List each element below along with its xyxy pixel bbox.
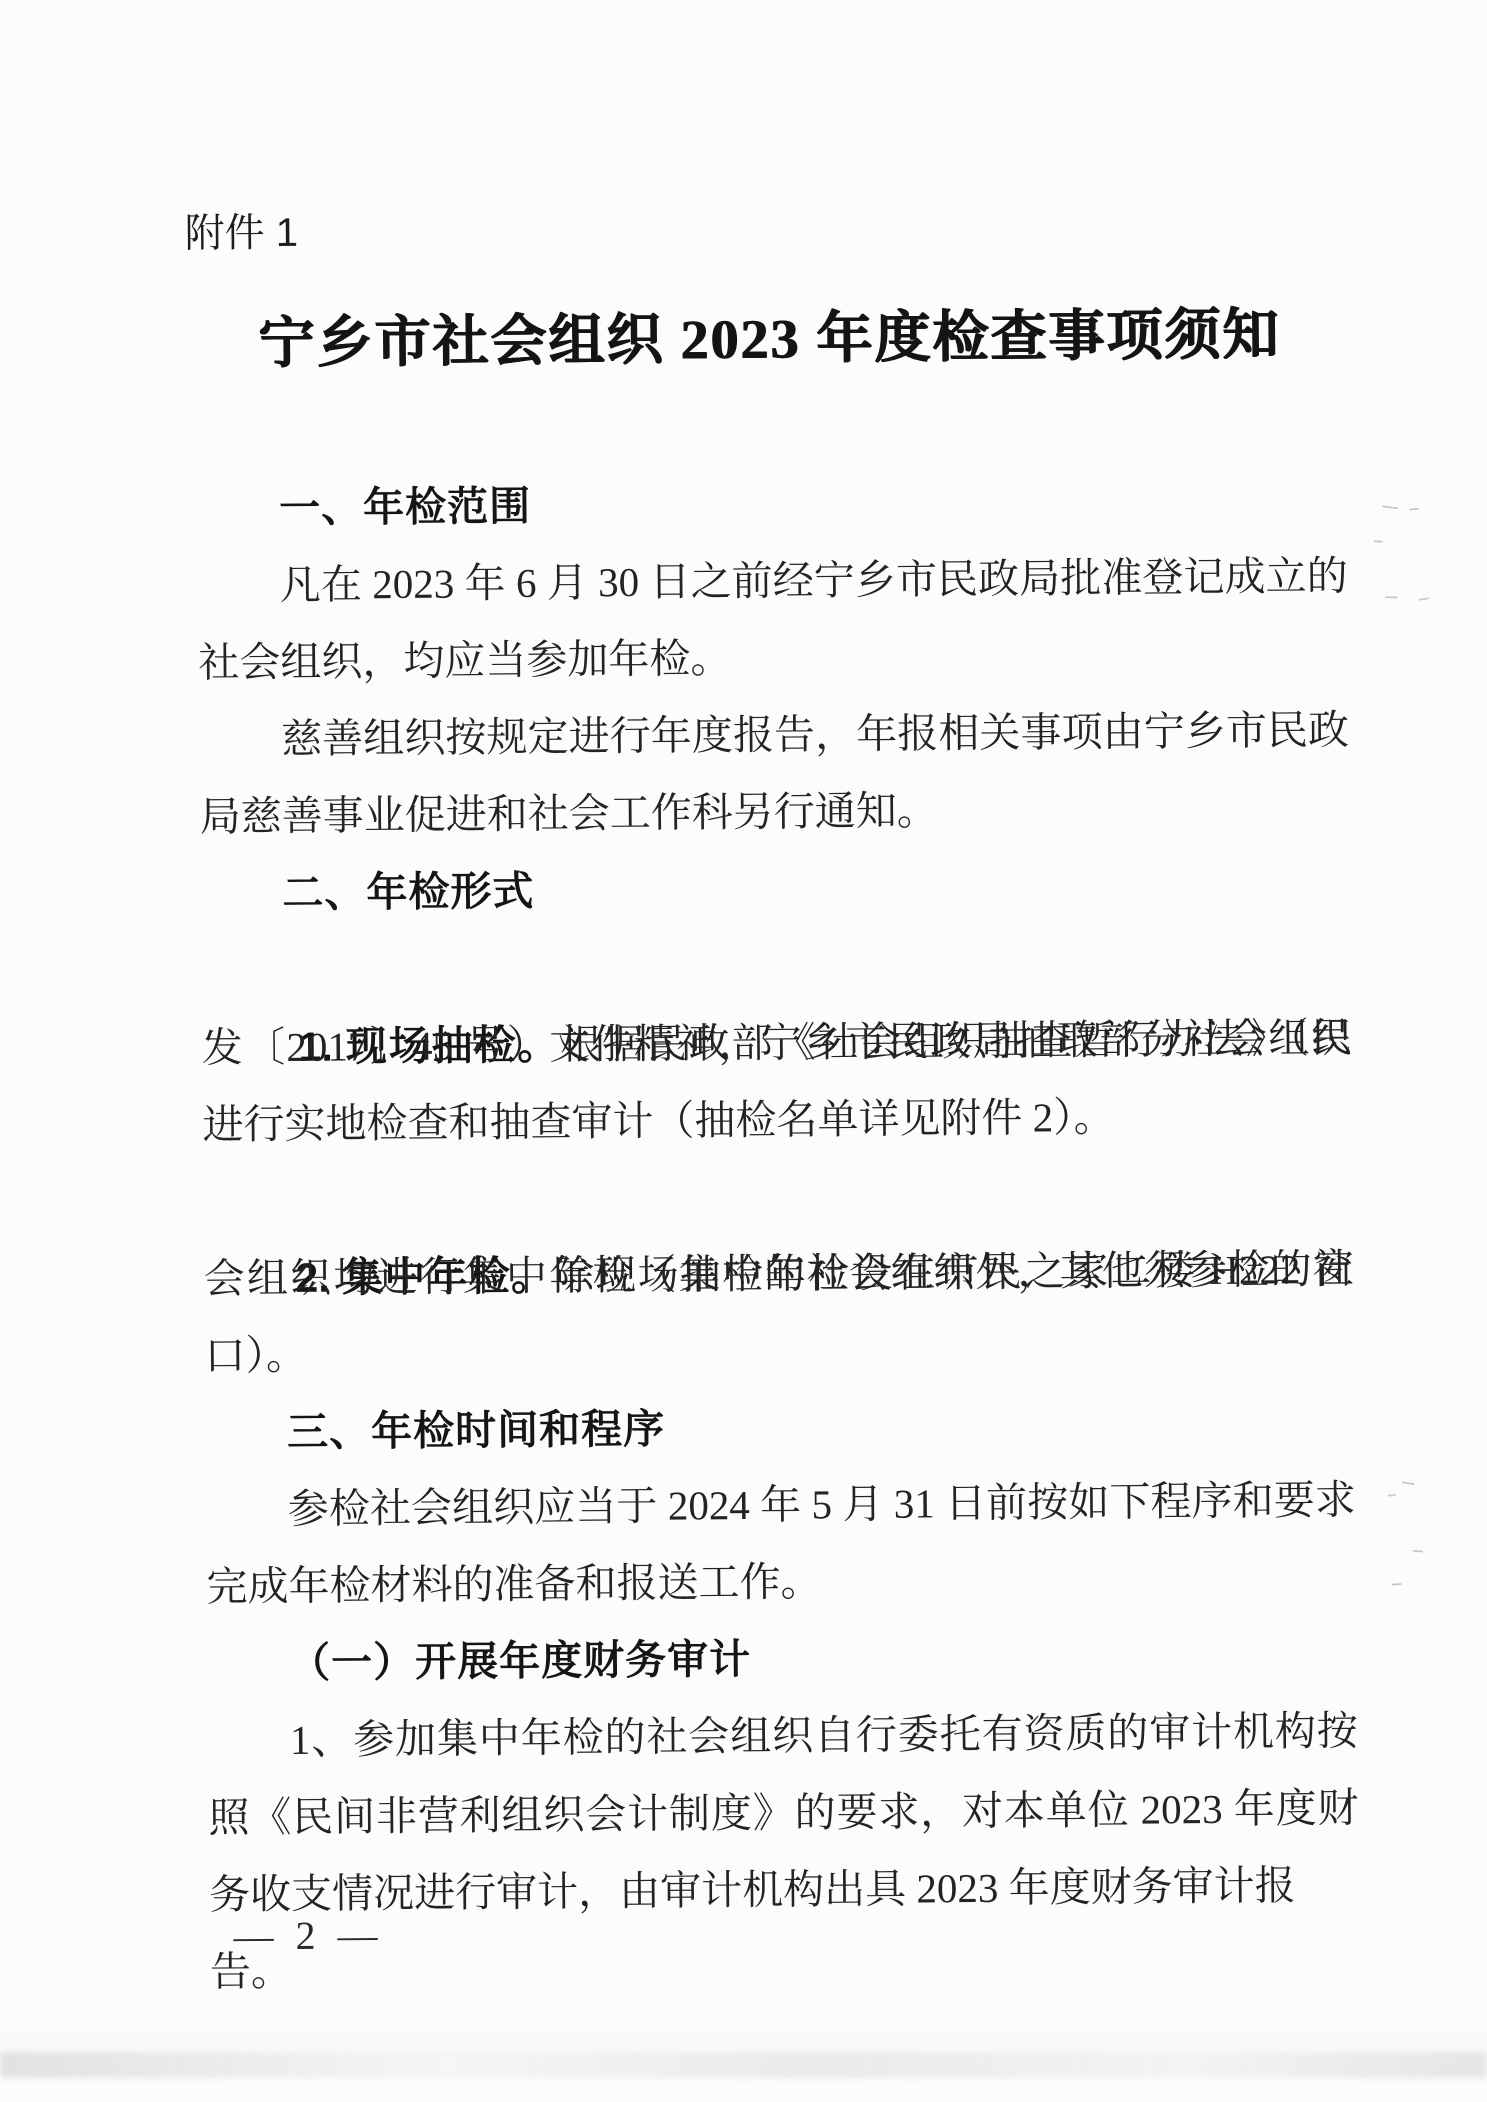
scan-mark [1402, 1481, 1415, 1485]
scan-mark [1388, 1494, 1396, 1497]
scanned-document-page: 附件 1 宁乡市社会组织 2023 年度检查事项须知 一、年检范围 凡在 202… [0, 0, 1487, 2102]
doc-line: 口）。 [204, 1308, 1355, 1395]
doc-line: 慈善组织按规定进行年度报告，年报相关事项由宁乡市民政 [199, 692, 1350, 779]
doc-line: 会组织均进行集中年检（集中年检设在市民之家二楼 H222 窗 [203, 1231, 1354, 1318]
section-heading-3: 三、年检时间和程序 [205, 1385, 1356, 1472]
sub-heading-1: （一）开展年度财务审计 [207, 1616, 1358, 1703]
scan-mark [1373, 540, 1382, 542]
scan-mark [1409, 508, 1419, 511]
scan-mark [1382, 505, 1398, 509]
doc-line: 1、参加集中年检的社会组织自行委托有资质的审计机构按 [208, 1693, 1359, 1780]
scan-mark [1391, 1583, 1401, 1586]
scan-mark [1412, 1550, 1423, 1553]
doc-line: 发〔2017〕45 号）文件精神，宁乡市民政局抽取部分社会组织 [201, 1000, 1352, 1087]
doc-line: 2. 集中年检。除现场抽检的社会组织外，其他须参检的社 [203, 1154, 1354, 1241]
section-heading-1: 一、年检范围 [197, 461, 1348, 548]
document-body: 一、年检范围 凡在 2023 年 6 月 30 日之前经宁乡市民政局批准登记成立… [197, 461, 1360, 1934]
doc-line: 完成年检材料的准备和报送工作。 [206, 1539, 1357, 1626]
doc-line: 参检社会组织应当于 2024 年 5 月 31 日前按如下程序和要求 [205, 1462, 1356, 1549]
doc-line: 进行实地检查和抽查审计（抽检名单详见附件 2）。 [202, 1077, 1353, 1164]
document-title: 宁乡市社会组织 2023 年度检查事项须知 [195, 297, 1344, 383]
attachment-label: 附件 1 [184, 209, 298, 258]
scanner-shadow [0, 2030, 1487, 2050]
doc-line: 社会组织，均应当参加年检。 [198, 615, 1349, 702]
document-sheet: 附件 1 宁乡市社会组织 2023 年度检查事项须知 一、年检范围 凡在 202… [0, 0, 1487, 2102]
doc-line: 凡在 2023 年 6 月 30 日之前经宁乡市民政局批准登记成立的 [197, 538, 1348, 625]
doc-line: 照《民间非营利组织会计制度》的要求，对本单位 2023 年度财 [208, 1770, 1359, 1857]
page-number: — 2 — [233, 1911, 383, 1960]
scan-mark [1419, 597, 1429, 600]
scan-mark [1385, 596, 1398, 598]
doc-line: 1. 现场抽检。根据民政部《社会组织抽查暂行办法》（民 [201, 923, 1352, 1010]
doc-line: 局慈善事业促进和社会工作科另行通知。 [199, 769, 1350, 856]
scanner-shadow [0, 2052, 1487, 2078]
section-heading-2: 二、年检形式 [200, 846, 1351, 933]
